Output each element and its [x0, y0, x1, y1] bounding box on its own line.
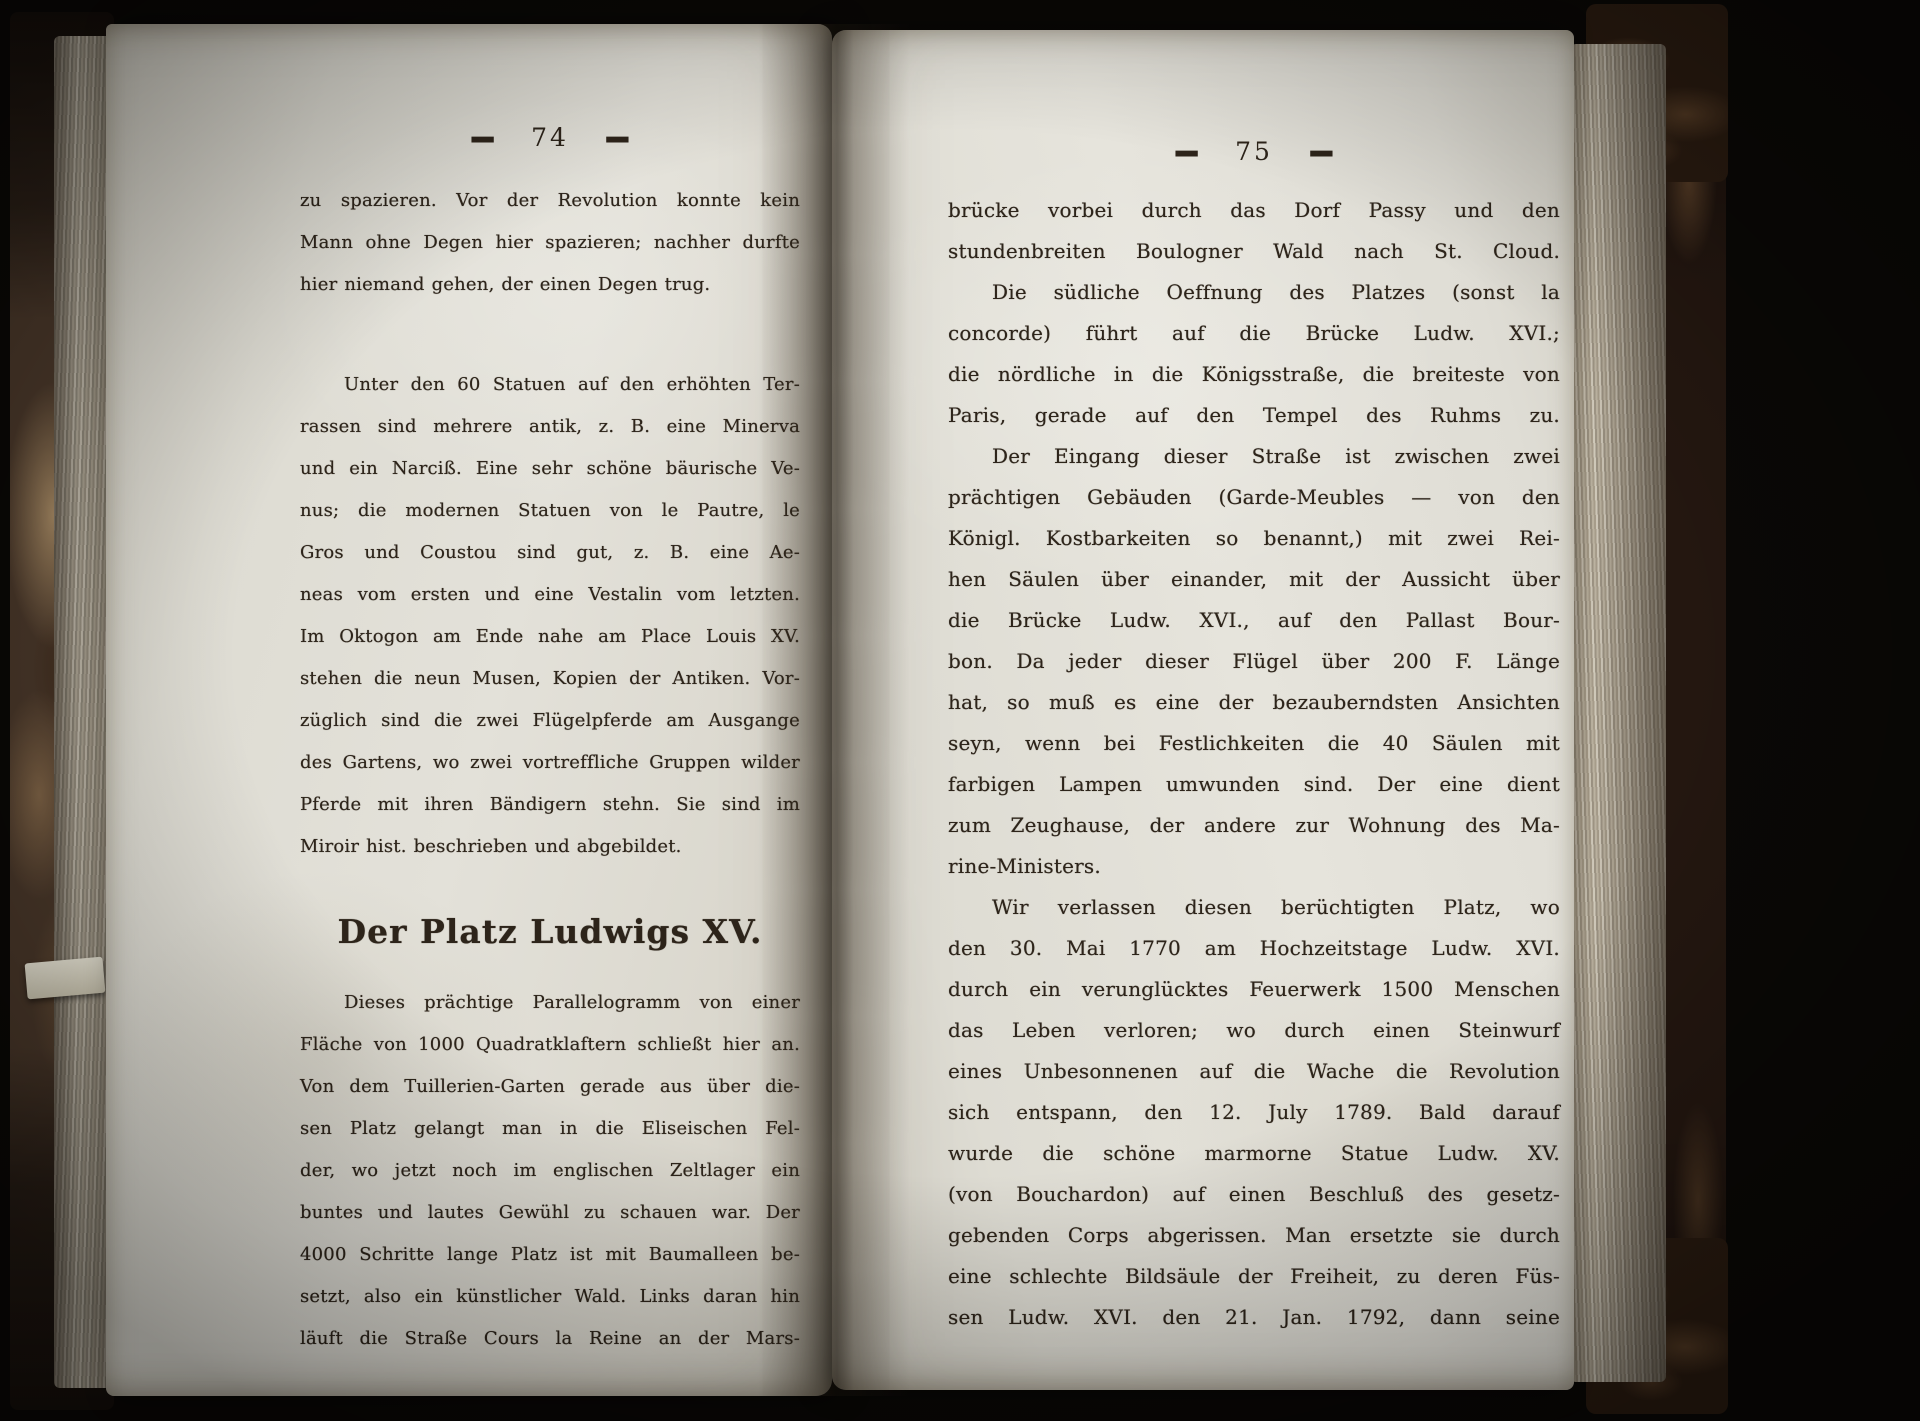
text-line: nus; die modernen Statuen von le Pautre,… — [300, 490, 800, 532]
text-line: Königl. Kostbarkeiten so benannt,) mit z… — [948, 518, 1560, 559]
text-line: concorde) führt auf die Brücke Ludw. XVI… — [948, 313, 1560, 354]
text-line: Wir verlassen diesen berüchtigten Platz,… — [948, 887, 1560, 928]
text-line: sen Platz gelangt man in die Eliseischen… — [300, 1108, 800, 1150]
text-line: wurde die schöne marmorne Statue Ludw. X… — [948, 1133, 1560, 1174]
text-line: hen Säulen über einander, mit der Aussic… — [948, 559, 1560, 600]
page-75-header: — 75 — — [948, 134, 1560, 168]
text-line: eine schlechte Bildsäule der Freiheit, z… — [948, 1256, 1560, 1297]
text-line: zu spazieren. Vor der Revolution konnte … — [300, 180, 800, 222]
text-line: brücke vorbei durch das Dorf Passy und d… — [948, 190, 1560, 231]
page-74: — 74 — zu spazieren. Vor der Revolution … — [106, 24, 832, 1396]
text-line: durch ein verunglücktes Feuerwerk 1500 M… — [948, 969, 1560, 1010]
text-line: sen Ludw. XVI. den 21. Jan. 1792, dann s… — [948, 1297, 1560, 1338]
text-line: Paris, gerade auf den Tempel des Ruhms z… — [948, 395, 1560, 436]
paragraph: Die südliche Oeffnung des Platzes (sonst… — [948, 272, 1560, 436]
text-line: den 30. Mai 1770 am Hochzeitstage Ludw. … — [948, 928, 1560, 969]
header-dash-left: — — [470, 103, 495, 171]
text-line: rassen sind mehrere antik, z. B. eine Mi… — [300, 406, 800, 448]
paragraph: Unter den 60 Statuen auf den erhöhten Te… — [300, 364, 800, 868]
text-line: prächtigen Gebäuden (Garde-Meubles — von… — [948, 477, 1560, 518]
page-75-text: brücke vorbei durch das Dorf Passy und d… — [948, 190, 1560, 1338]
text-line: Pferde mit ihren Bändigern stehn. Sie si… — [300, 784, 800, 826]
text-line: Dieses prächtige Parallelogramm von eine… — [300, 982, 800, 1024]
text-line: 4000 Schritte lange Platz ist mit Baumal… — [300, 1234, 800, 1276]
text-line: Der Eingang dieser Straße ist zwischen z… — [948, 436, 1560, 477]
text-line: seyn, wenn bei Festlichkeiten die 40 Säu… — [948, 723, 1560, 764]
text-line: rine-Ministers. — [948, 846, 1560, 887]
header-dash-left: — — [1174, 117, 1199, 185]
bookmark-tab — [25, 957, 106, 1000]
text-line: Unter den 60 Statuen auf den erhöhten Te… — [300, 364, 800, 406]
text-line: farbigen Lampen umwunden sind. Der eine … — [948, 764, 1560, 805]
text-line: Fläche von 1000 Quadratklaftern schließt… — [300, 1024, 800, 1066]
text-line: eines Unbesonnenen auf die Wache die Rev… — [948, 1051, 1560, 1092]
page-edges-left — [54, 36, 112, 1388]
text-line: setzt, also ein künstlicher Wald. Links … — [300, 1276, 800, 1318]
page-74-text: zu spazieren. Vor der Revolution konnte … — [300, 180, 800, 1360]
page-74-content: — 74 — zu spazieren. Vor der Revolution … — [300, 24, 800, 1360]
text-line: das Leben verloren; wo durch einen Stein… — [948, 1010, 1560, 1051]
page-number: 74 — [531, 123, 569, 152]
text-line: des Gartens, wo zwei vortreffliche Grupp… — [300, 742, 800, 784]
text-line: der, wo jetzt noch im englischen Zeltlag… — [300, 1150, 800, 1192]
text-line: hier niemand gehen, der einen Degen trug… — [300, 264, 800, 306]
page-75: — 75 — brücke vorbei durch das Dorf Pass… — [832, 30, 1574, 1390]
text-line: Im Oktogon am Ende nahe am Place Louis X… — [300, 616, 800, 658]
paragraph: Dieses prächtige Parallelogramm von eine… — [300, 982, 800, 1360]
text-line: neas vom ersten und eine Vestalin vom le… — [300, 574, 800, 616]
section-heading: Der Platz Ludwigs XV. — [300, 908, 800, 956]
text-line: und ein Narciß. Eine sehr schöne bäurisc… — [300, 448, 800, 490]
text-line: hat, so muß es eine der bezauberndsten A… — [948, 682, 1560, 723]
text-line: bon. Da jeder dieser Flügel über 200 F. … — [948, 641, 1560, 682]
text-line: gebenden Corps abgerissen. Man ersetzte … — [948, 1215, 1560, 1256]
text-line: buntes und lautes Gewühl zu schauen war.… — [300, 1192, 800, 1234]
book-photo: — 74 — zu spazieren. Vor der Revolution … — [0, 0, 1920, 1421]
text-line: die Brücke Ludw. XVI., auf den Pallast B… — [948, 600, 1560, 641]
page-75-content: — 75 — brücke vorbei durch das Dorf Pass… — [948, 30, 1560, 1338]
text-line: Mann ohne Degen hier spazieren; nachher … — [300, 222, 800, 264]
paragraph: brücke vorbei durch das Dorf Passy und d… — [948, 190, 1560, 272]
paragraph: Der Eingang dieser Straße ist zwischen z… — [948, 436, 1560, 887]
paragraph: Wir verlassen diesen berüchtigten Platz,… — [948, 887, 1560, 1338]
page-74-header: — 74 — — [300, 120, 800, 154]
text-line: Die südliche Oeffnung des Platzes (sonst… — [948, 272, 1560, 313]
text-line: Gros und Coustou sind gut, z. B. eine Ae… — [300, 532, 800, 574]
page-edges-right — [1570, 44, 1666, 1382]
header-dash-right: — — [1309, 117, 1334, 185]
text-line: stehen die neun Musen, Kopien der Antike… — [300, 658, 800, 700]
text-line: züglich sind die zwei Flügelpferde am Au… — [300, 700, 800, 742]
text-line: sich entspann, den 12. July 1789. Bald d… — [948, 1092, 1560, 1133]
text-line: Von dem Tuillerien-Garten gerade aus übe… — [300, 1066, 800, 1108]
text-line: die nördliche in die Königsstraße, die b… — [948, 354, 1560, 395]
text-line: läuft die Straße Cours la Reine an der M… — [300, 1318, 800, 1360]
text-line: stundenbreiten Boulogner Wald nach St. C… — [948, 231, 1560, 272]
header-dash-right: — — [605, 103, 630, 171]
paragraph: zu spazieren. Vor der Revolution konnte … — [300, 180, 800, 306]
text-line: zum Zeughause, der andere zur Wohnung de… — [948, 805, 1560, 846]
text-line: Miroir hist. beschrieben und abgebildet. — [300, 826, 800, 868]
page-number: 75 — [1235, 137, 1273, 166]
text-line: (von Bouchardon) auf einen Beschluß des … — [948, 1174, 1560, 1215]
leather-cover-right — [1664, 12, 1726, 1410]
